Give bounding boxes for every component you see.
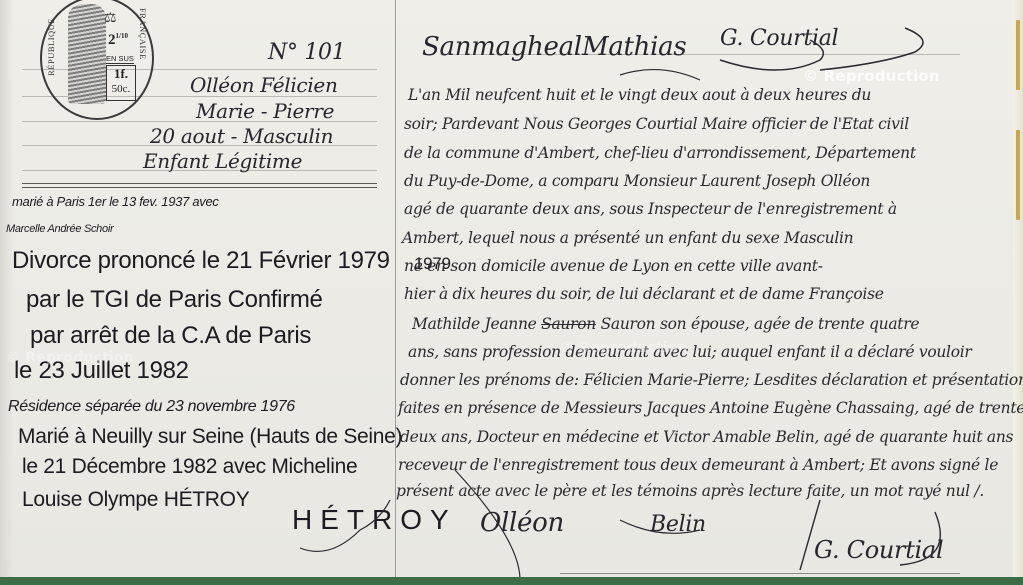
reproduction-watermark-faint: © Reproduction — [6, 350, 134, 366]
reproduction-watermark-faint: © Reproduction — [560, 340, 688, 356]
register-page: RÉPUBLIQUE FRANÇAISE ⚖ 21/10 EN SUS 1f. … — [0, 0, 1023, 577]
bottom-bar — [0, 577, 1023, 585]
reproduction-watermark: © Reproduction — [803, 67, 940, 85]
signature-flourishes — [0, 0, 1023, 577]
